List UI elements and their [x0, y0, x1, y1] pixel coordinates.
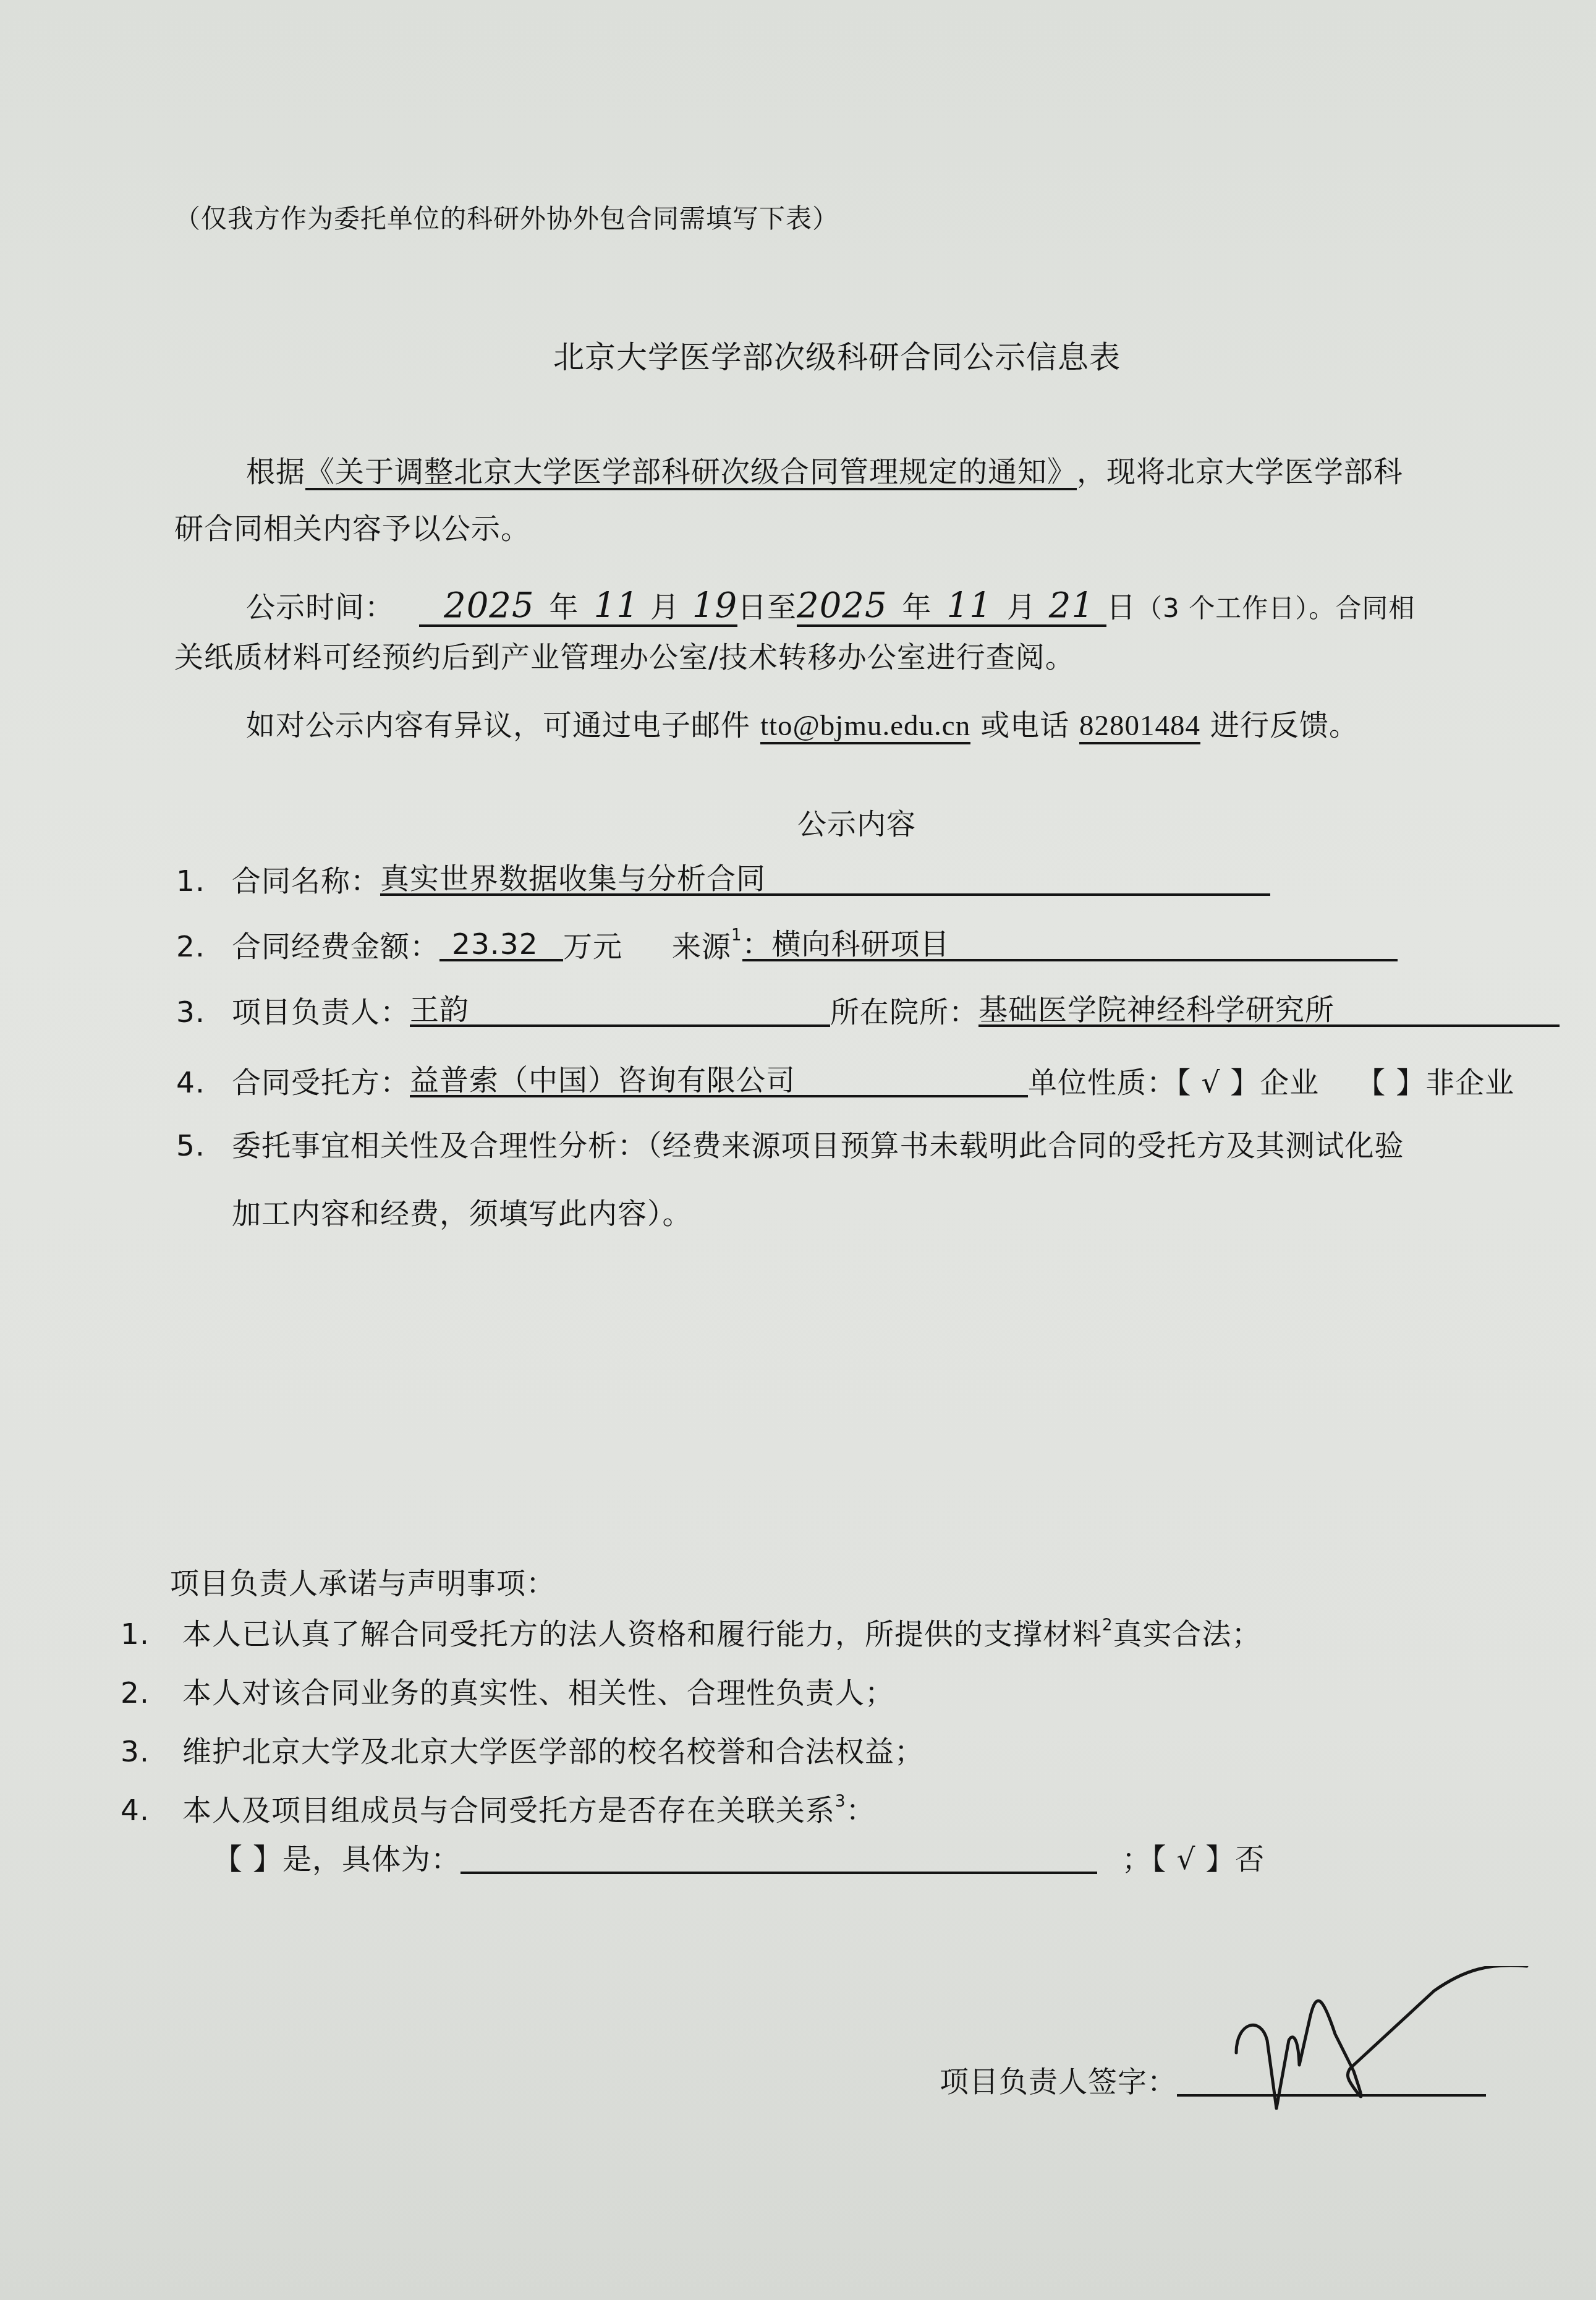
- dept-value: 基础医学院神经科学研究所: [978, 993, 1335, 1027]
- intro-line-1: 根据《关于调整北京大学医学部科研次级合同管理规定的通知》，现将北京大学医学部科: [246, 458, 1403, 490]
- amount-unit: 万元: [563, 930, 622, 964]
- intro-prefix: 根据: [246, 455, 305, 489]
- item-label: 合同名称：: [232, 864, 380, 898]
- day-unit: 日: [737, 590, 767, 624]
- non-enterprise-label: 非企业: [1425, 1066, 1514, 1100]
- duration-note: （3 个工作日）。合同相: [1136, 593, 1415, 623]
- relevance-note: （经费来源项目预算书未载明此合同的受托方及其测试化验: [647, 1129, 1404, 1163]
- commitment-text: 本人已认真了解合同受托方的法人资格和履行能力，所提供的支撑材料: [182, 1617, 1102, 1651]
- year-unit: 年: [550, 590, 579, 624]
- end-date: 2025年11月21: [797, 589, 1106, 627]
- year-unit: 年: [902, 590, 932, 624]
- relation-yes-label: 是，具体为：: [282, 1842, 461, 1876]
- end-year: 2025: [797, 586, 888, 626]
- commitment-item: 2.本人对该合同业务的真实性、相关性、合理性负责人；: [121, 1679, 894, 1708]
- item-number: 4.: [176, 1068, 232, 1097]
- end-month: 11: [947, 586, 992, 626]
- start-day: 19: [692, 586, 737, 626]
- item-relevance-analysis: 5.委托事宜相关性及合理性分析：（经费来源项目预算书未载明此合同的受托方及其测试…: [176, 1131, 1404, 1161]
- nature-label: 单位性质：: [1028, 1066, 1176, 1100]
- dept-label: 所在院所：: [830, 995, 978, 1029]
- source-field: ：横向科研项目: [742, 930, 1398, 961]
- start-date: 2025年11月19: [419, 589, 737, 627]
- item-number: 1.: [176, 867, 232, 896]
- publicity-time-line: 公示时间：2025年11月19日至2025年11月21日（3 个工作日）。合同相: [246, 589, 1415, 627]
- commitment-item: 4.本人及项目组成员与合同受托方是否存在关联关系3：: [121, 1796, 876, 1825]
- leader-field: 王韵: [410, 995, 830, 1027]
- relation-no-checkbox[interactable]: 【 √ 】: [1152, 1842, 1235, 1876]
- start-month: 11: [594, 586, 639, 626]
- contract-name-field: 真实世界数据收集与分析合同: [380, 864, 1270, 896]
- footnote-1: 1: [731, 926, 742, 945]
- relation-no-label: 否: [1235, 1842, 1265, 1876]
- source-label: 来源: [672, 930, 731, 964]
- commitment-text: 维护北京大学及北京大学医学部的校名校誉和合法权益；: [182, 1735, 924, 1769]
- feedback-middle: 或电话: [970, 709, 1079, 743]
- commitment-text: 本人及项目组成员与合同受托方是否存在关联关系: [182, 1794, 835, 1828]
- enterprise-label: 企业: [1260, 1066, 1319, 1100]
- feedback-email[interactable]: tto@bjmu.edu.cn: [760, 712, 970, 744]
- item-number: 5.: [176, 1131, 232, 1161]
- dept-field: 基础医学院神经科学研究所: [978, 995, 1560, 1027]
- item-number: 3.: [121, 1737, 182, 1766]
- relevance-note-line-2: 加工内容和经费，须填写此内容）。: [232, 1199, 692, 1229]
- item-contract-amount: 2.合同经费金额：23.32万元来源1：横向科研项目: [176, 930, 1398, 961]
- end-day: 21: [1049, 586, 1094, 626]
- page-title: 北京大学医学部次级科研合同公示信息表: [553, 342, 1121, 373]
- relation-line: 【 】是，具体为：​；【 √ 】否: [213, 1842, 1265, 1874]
- item-label: 项目负责人：: [232, 995, 410, 1029]
- leader-value: 王韵: [410, 993, 469, 1027]
- contractor-field: 益普索（中国）咨询有限公司: [410, 1066, 1028, 1097]
- commitment-tail: 真实合法；: [1113, 1617, 1262, 1651]
- publicity-time-line-2: 关纸质材料可经预约后到产业管理办公室/技术转移办公室进行查阅。: [174, 643, 1075, 672]
- item-project-leader: 3.项目负责人：王韵所在院所：基础医学院神经科学研究所: [176, 995, 1560, 1027]
- day-unit: 日: [1106, 590, 1136, 624]
- item-label: 委托事宜相关性及合理性分析：: [232, 1129, 647, 1163]
- commitment-item: 1.本人已认真了解合同受托方的法人资格和履行能力，所提供的支撑材料2真实合法；: [121, 1620, 1262, 1649]
- feedback-prefix: 如对公示内容有异议，可通过电子邮件: [246, 709, 760, 743]
- notice-title: 《关于调整北京大学医学部科研次级合同管理规定的通知》: [305, 458, 1077, 490]
- header-note: （仅我方作为委托单位的科研外协外包合同需填写下表）: [174, 206, 839, 232]
- signature-label: 项目负责人签字：: [940, 2065, 1177, 2099]
- item-contract-name: 1.合同名称：真实世界数据收集与分析合同: [176, 864, 1270, 896]
- month-unit: 月: [1007, 590, 1037, 624]
- commitments-heading: 项目负责人承诺与声明事项：: [170, 1569, 556, 1598]
- non-enterprise-checkbox[interactable]: 【 】: [1356, 1066, 1425, 1100]
- source-value: 横向科研项目: [772, 927, 950, 961]
- intro-suffix: ，现将北京大学医学部科: [1077, 455, 1403, 489]
- start-year: 2025: [444, 586, 535, 626]
- intro-line-2: 研合同相关内容予以公示。: [174, 514, 530, 543]
- amount-field: 23.32: [439, 930, 563, 961]
- item-contractor: 4.合同受托方：益普索（中国）咨询有限公司单位性质：【 √ 】企业【 】非企业: [176, 1066, 1514, 1097]
- commitment-text: 本人对该合同业务的真实性、相关性、合理性负责人；: [182, 1676, 894, 1710]
- enterprise-checkbox[interactable]: 【 √ 】: [1176, 1066, 1260, 1100]
- publicity-time-label: 公示时间：: [246, 590, 394, 624]
- item-label: 合同受托方：: [232, 1066, 410, 1100]
- month-unit: 月: [650, 590, 680, 624]
- commitment-tail: ：: [846, 1794, 876, 1828]
- item-number: 2.: [121, 1679, 182, 1708]
- separator: ；: [1122, 1842, 1152, 1876]
- colon: ：: [742, 927, 772, 961]
- footnote-3: 3: [835, 1792, 846, 1811]
- feedback-line: 如对公示内容有异议，可通过电子邮件 tto@bjmu.edu.cn 或电话 82…: [246, 711, 1359, 744]
- item-number: 3.: [176, 998, 232, 1027]
- item-number: 2.: [176, 932, 232, 961]
- amount-value: 23.32: [439, 927, 538, 961]
- item-number: 4.: [121, 1796, 182, 1825]
- content-heading: 公示内容: [797, 810, 916, 839]
- contract-name-value: 真实世界数据收集与分析合同: [380, 862, 766, 896]
- item-label: 合同经费金额：: [232, 930, 439, 964]
- commitment-item: 3.维护北京大学及北京大学医学部的校名校誉和合法权益；: [121, 1737, 924, 1766]
- to-label: 至: [767, 590, 797, 624]
- relation-detail-field[interactable]: ​: [461, 1842, 1097, 1874]
- feedback-suffix: 进行反馈。: [1200, 709, 1359, 743]
- relation-yes-checkbox[interactable]: 【 】: [213, 1842, 282, 1876]
- item-number: 1.: [121, 1620, 182, 1649]
- signature-icon: [1230, 1966, 1551, 2115]
- feedback-phone: 82801484: [1079, 712, 1200, 744]
- contractor-value: 益普索（中国）咨询有限公司: [410, 1063, 796, 1097]
- footnote-2: 2: [1102, 1616, 1113, 1635]
